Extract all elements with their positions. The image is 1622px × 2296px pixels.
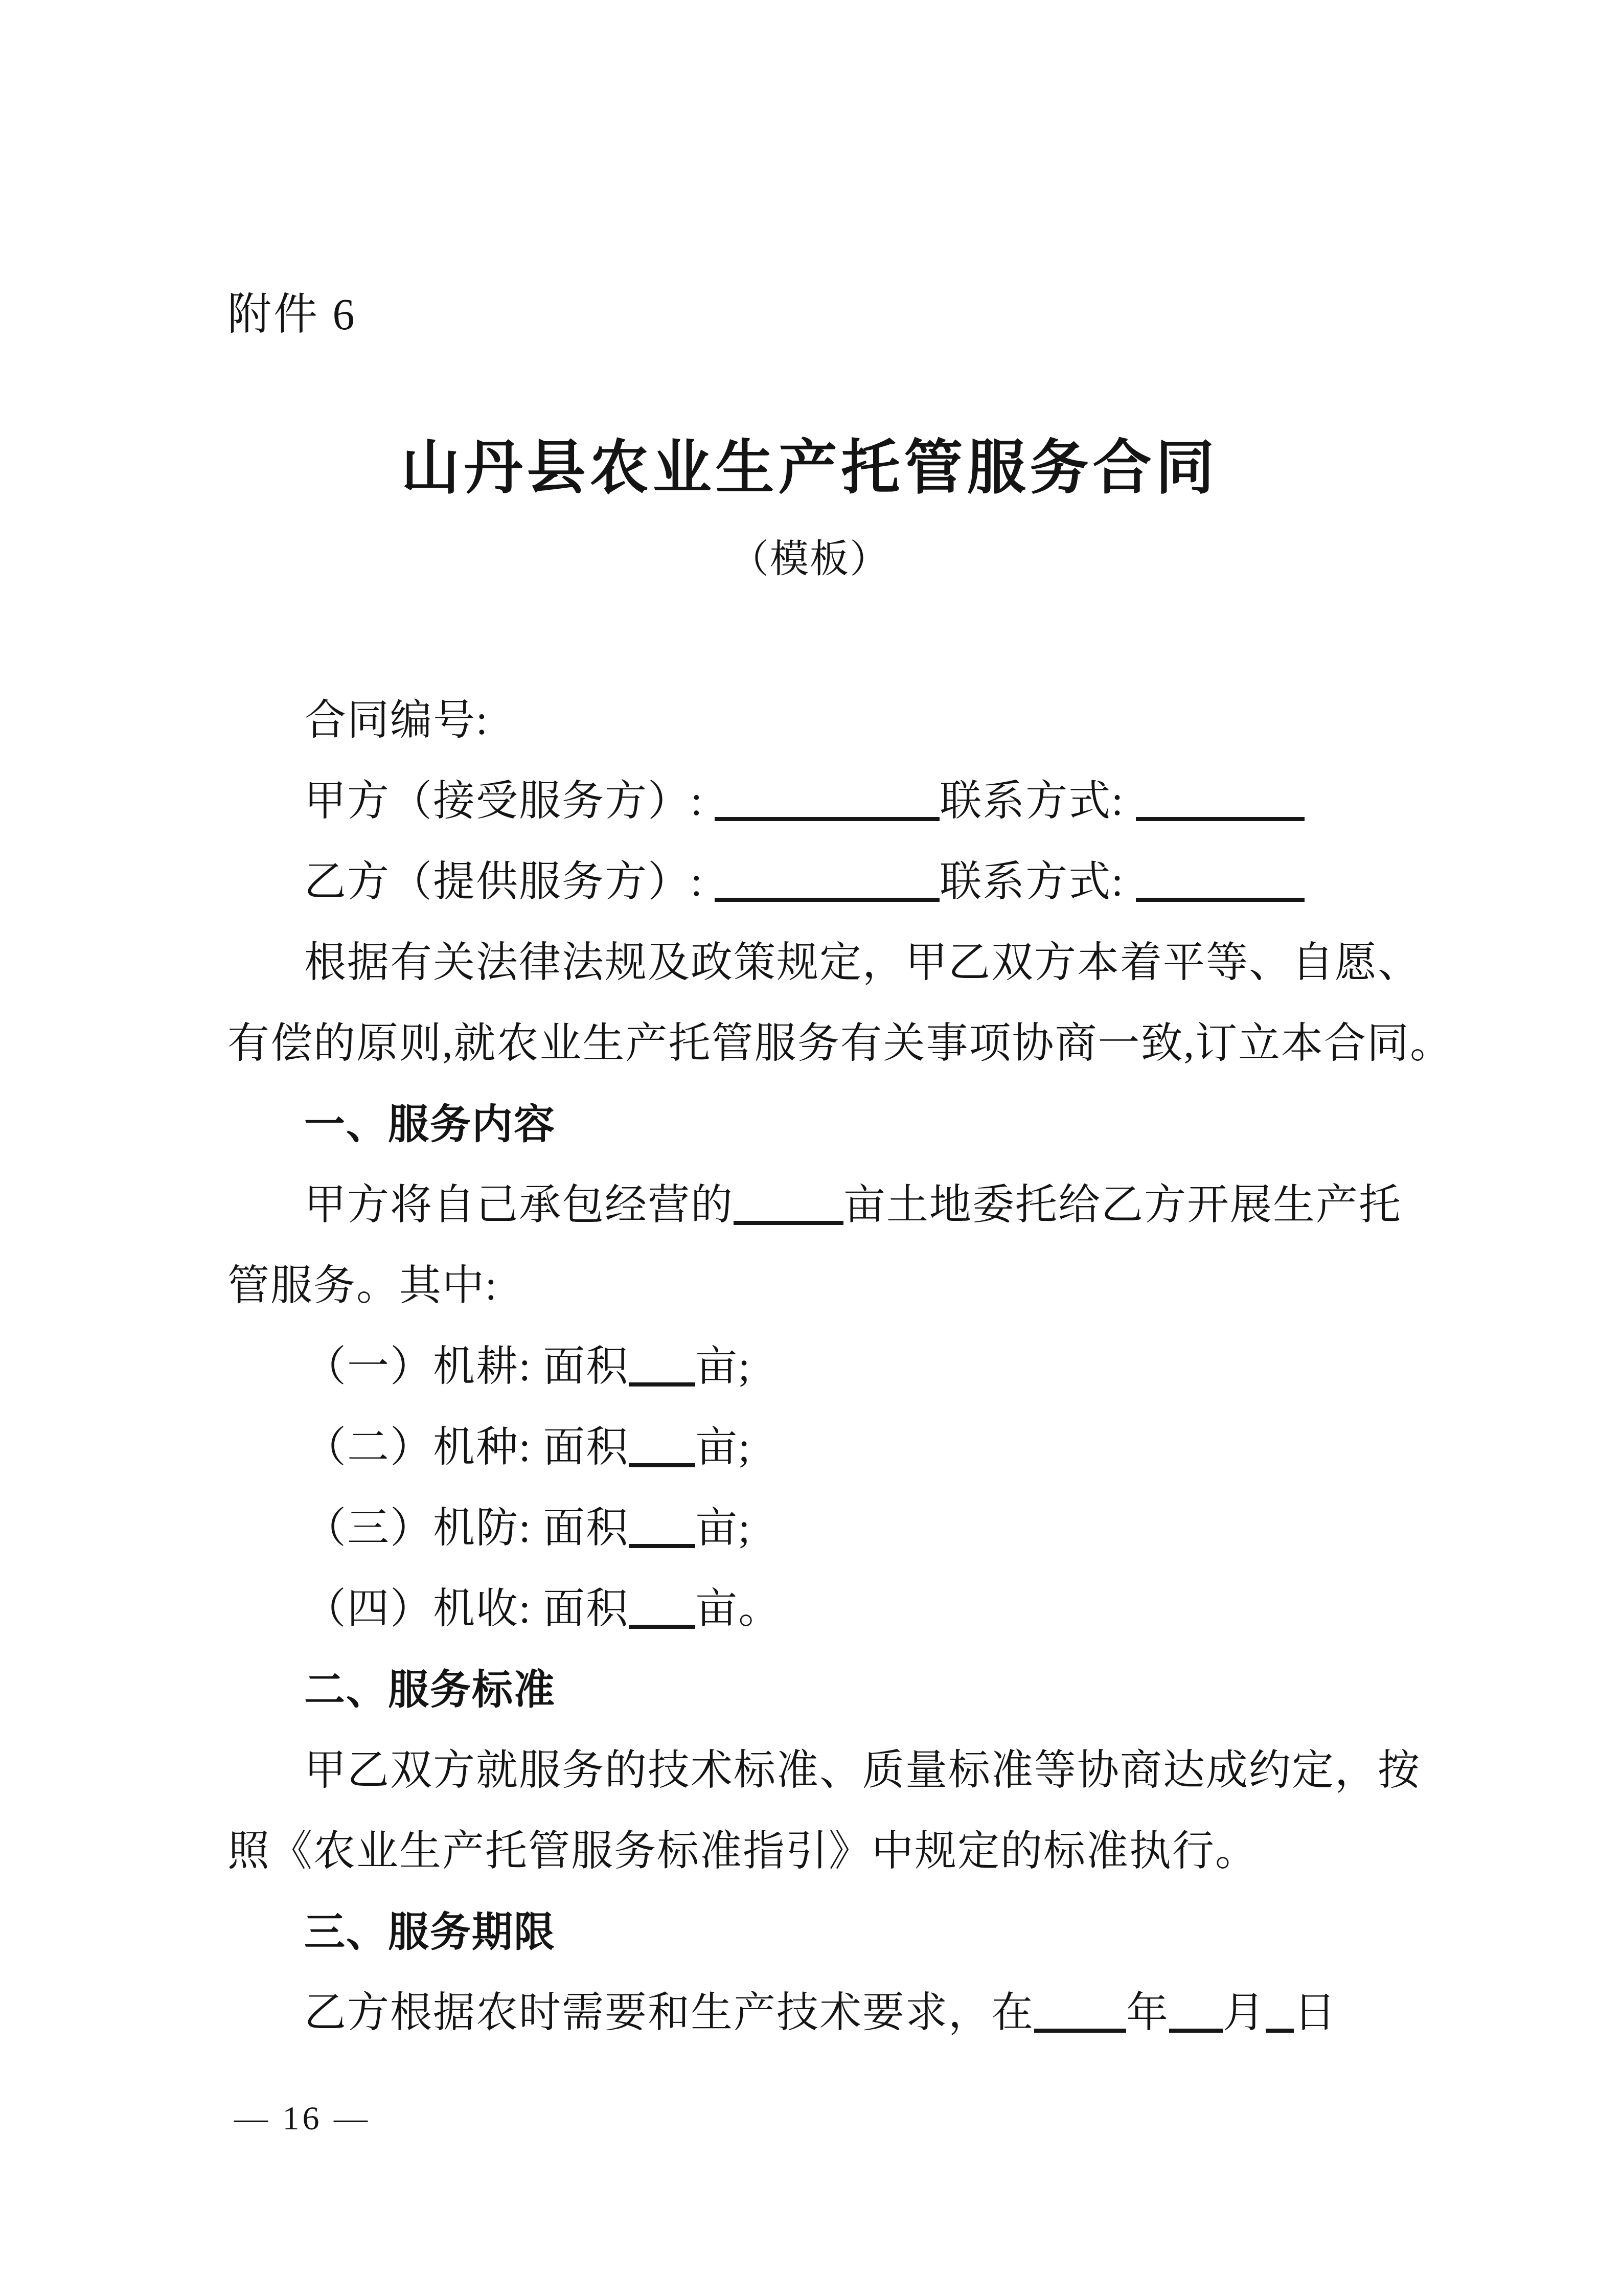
section-3-line-1: 乙方根据农时需要和生产技术要求，在年月日 [227,1972,1392,2053]
blank-underline [629,1625,695,1629]
blank-underline [734,1221,843,1225]
blank-underline [629,1544,695,1548]
blank-underline [1136,898,1305,902]
item-1-machine-tillage: （一）机耕: 面积亩; [227,1326,1392,1407]
blank-underline [1136,817,1305,821]
item-4-machine-harvest: （四）机收: 面积亩。 [227,1568,1392,1649]
document-page: 附件 6 山丹县农业生产托管服务合同 （模板） 合同编号: 甲方（接受服务方）:… [0,0,1622,2296]
preamble-line-1: 根据有关法律法规及政策规定，甲乙双方本着平等、自愿、 [227,922,1392,1003]
section-1-heading: 一、服务内容 [227,1084,1392,1165]
contract-number-line: 合同编号: [227,680,1392,761]
section-2-heading: 二、服务标准 [227,1649,1392,1730]
party-a-line: 甲方（接受服务方）: 联系方式: [227,761,1392,842]
item-3-machine-protection: （三）机防: 面积亩; [227,1488,1392,1568]
attachment-label: 附件 6 [227,292,1392,336]
section-3-heading: 三、服务期限 [227,1892,1392,1972]
preamble-line-2: 有偿的原则,就农业生产托管服务有关事项协商一致,订立本合同。 [227,1003,1392,1084]
document-subtitle: （模板） [227,534,1392,585]
blank-underline [715,817,940,821]
party-b-line: 乙方（提供服务方）: 联系方式: [227,842,1392,922]
blank-underline [629,1382,695,1386]
contract-body: 合同编号: 甲方（接受服务方）: 联系方式: 乙方（提供服务方）: 联系方式: … [227,680,1392,2053]
blank-underline [715,898,940,902]
blank-underline [1034,2029,1126,2033]
blank-underline [1169,2029,1223,2033]
page-number: — 16 — [234,2099,371,2138]
section-2-line-2: 照《农业生产托管服务标准指引》中规定的标准执行。 [227,1811,1392,1892]
item-2-machine-seeding: （二）机种: 面积亩; [227,1407,1392,1488]
section-1-line-2: 管服务。其中: [227,1245,1392,1326]
blank-underline [1266,2029,1294,2033]
blank-underline [629,1463,695,1467]
section-2-line-1: 甲乙双方就服务的技术标准、质量标准等协商达成约定，按 [227,1730,1392,1811]
document-title: 山丹县农业生产托管服务合同 [227,437,1392,499]
section-1-line-1: 甲方将自己承包经营的亩土地委托给乙方开展生产托 [227,1165,1392,1245]
